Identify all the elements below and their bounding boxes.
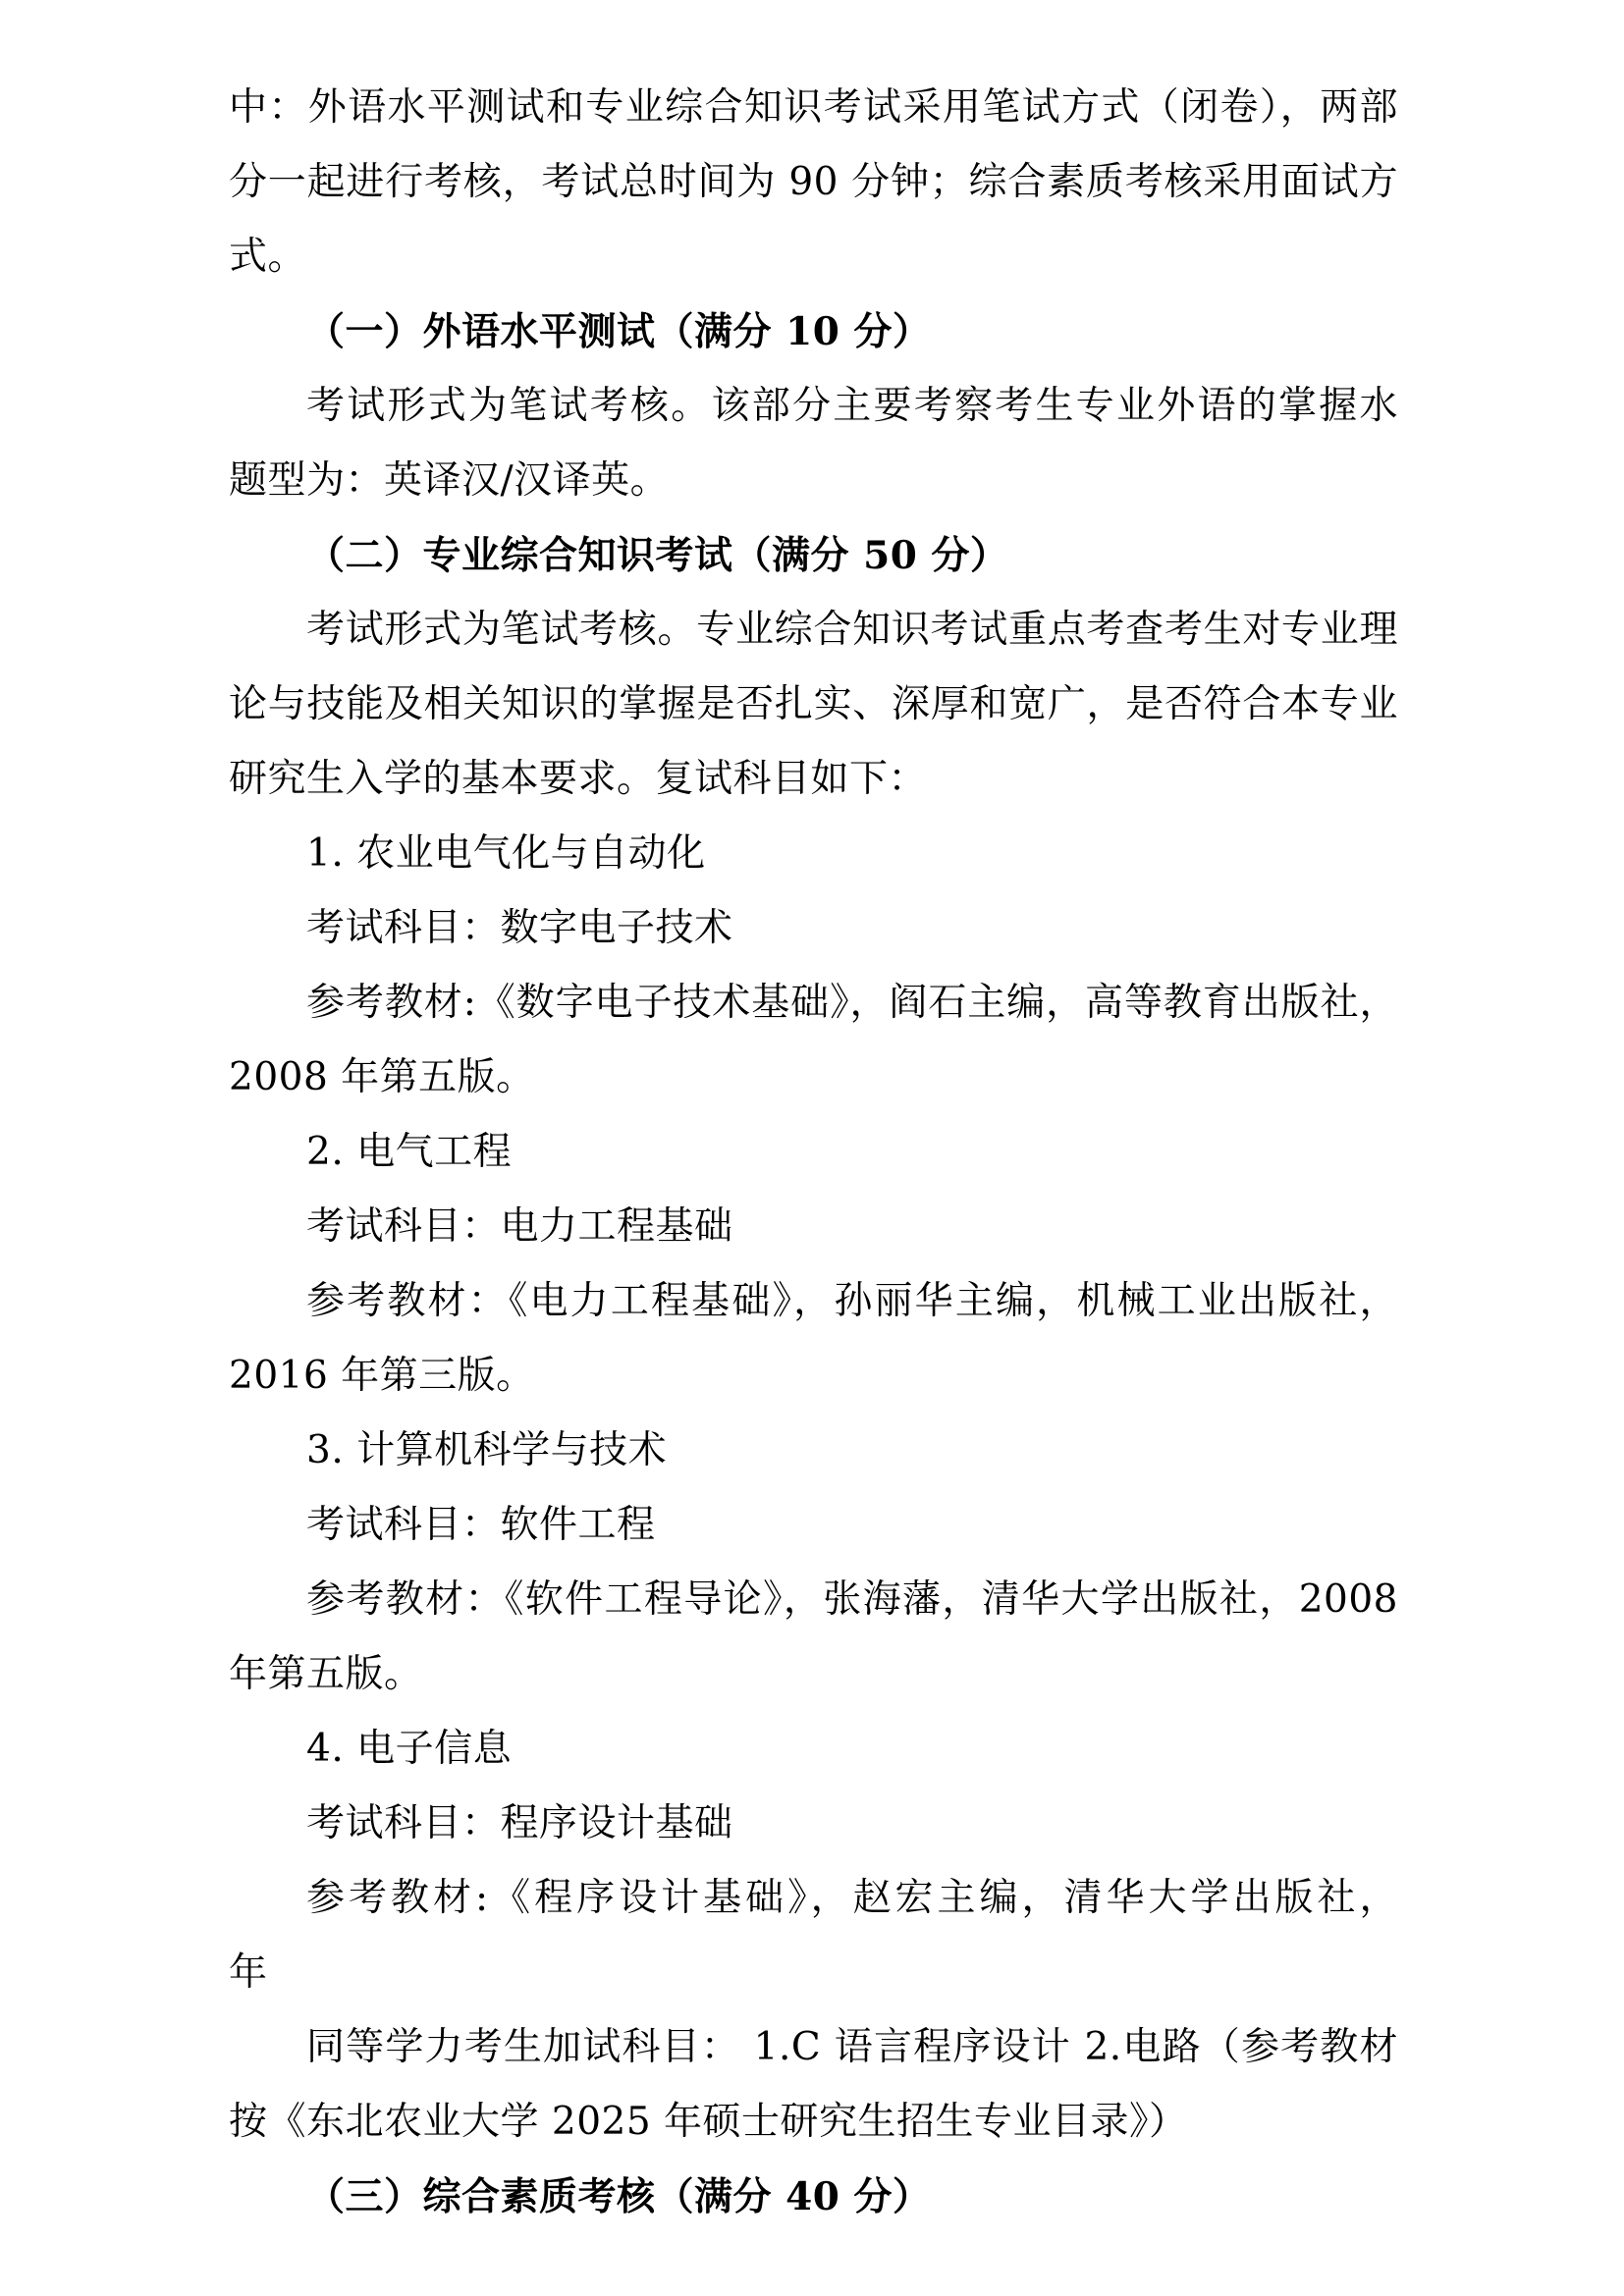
text-line: 考试形式为笔试考核。专业综合知识考试重点考查考生对专业理	[229, 593, 1398, 667]
text-line: 按《东北农业大学 2025 年硕士研究生招生专业目录》）	[229, 2085, 1398, 2160]
exam-subject-line: 考试科目：程序设计基础	[229, 1787, 1398, 1861]
text-line: 论与技能及相关知识的掌握是否扎实、深厚和宽广，是否符合本专业	[229, 667, 1398, 742]
text-line: 考试形式为笔试考核。该部分主要考察考生专业外语的掌握水平，	[229, 369, 1398, 444]
text-line: 分一起进行考核，考试总时间为 90 分钟；综合素质考核采用面试方	[229, 145, 1398, 220]
exam-subject-line: 考试科目：电力工程基础	[229, 1190, 1398, 1264]
text-line: 年	[229, 1936, 1398, 2010]
document-page: 中：外语水平测试和专业综合知识考试采用笔试方式（闭卷），两部 分一起进行考核，考…	[0, 0, 1624, 2296]
text-line: 式。	[229, 220, 1398, 294]
list-item-1-major: 1. 农业电气化与自动化	[229, 817, 1398, 891]
section-heading-1: （一）外语水平测试（满分 10 分）	[229, 294, 1398, 369]
list-item-4-major: 4. 电子信息	[229, 1712, 1398, 1787]
list-item-3-major: 3. 计算机科学与技术	[229, 1414, 1398, 1488]
reference-book-line: 参考教材:《程序设计基础》，赵宏主编，清华大学出版社，2019	[229, 1861, 1398, 1936]
exam-subject-line: 考试科目：数字电子技术	[229, 891, 1398, 966]
reference-book-line: 参考教材:《数字电子技术基础》，阎石主编，高等教育出版社，	[229, 966, 1398, 1041]
exam-subject-line: 考试科目：软件工程	[229, 1488, 1398, 1563]
text-line: 2016 年第三版。	[229, 1339, 1398, 1414]
text-line: 年第五版。	[229, 1637, 1398, 1712]
section-heading-2: （二）专业综合知识考试（满分 50 分）	[229, 518, 1398, 593]
text-line: 中：外语水平测试和专业综合知识考试采用笔试方式（闭卷），两部	[229, 71, 1398, 145]
reference-book-line: 参考教材：《软件工程导论》，张海藩，清华大学出版社，2008	[229, 1563, 1398, 1637]
section-heading-3: （三）综合素质考核（满分 40 分）	[229, 2160, 1398, 2234]
text-line: 2008 年第五版。	[229, 1041, 1398, 1115]
list-item-2-major: 2. 电气工程	[229, 1115, 1398, 1190]
text-line: 同等学力考生加试科目： 1.C 语言程序设计 2.电路（参考教材	[229, 2010, 1398, 2085]
text-line: 题型为：英译汉/汉译英。	[229, 444, 1398, 518]
reference-book-line: 参考教材：《电力工程基础》，孙丽华主编，机械工业出版社，	[229, 1264, 1398, 1339]
text-line: 研究生入学的基本要求。复试科目如下：	[229, 742, 1398, 817]
